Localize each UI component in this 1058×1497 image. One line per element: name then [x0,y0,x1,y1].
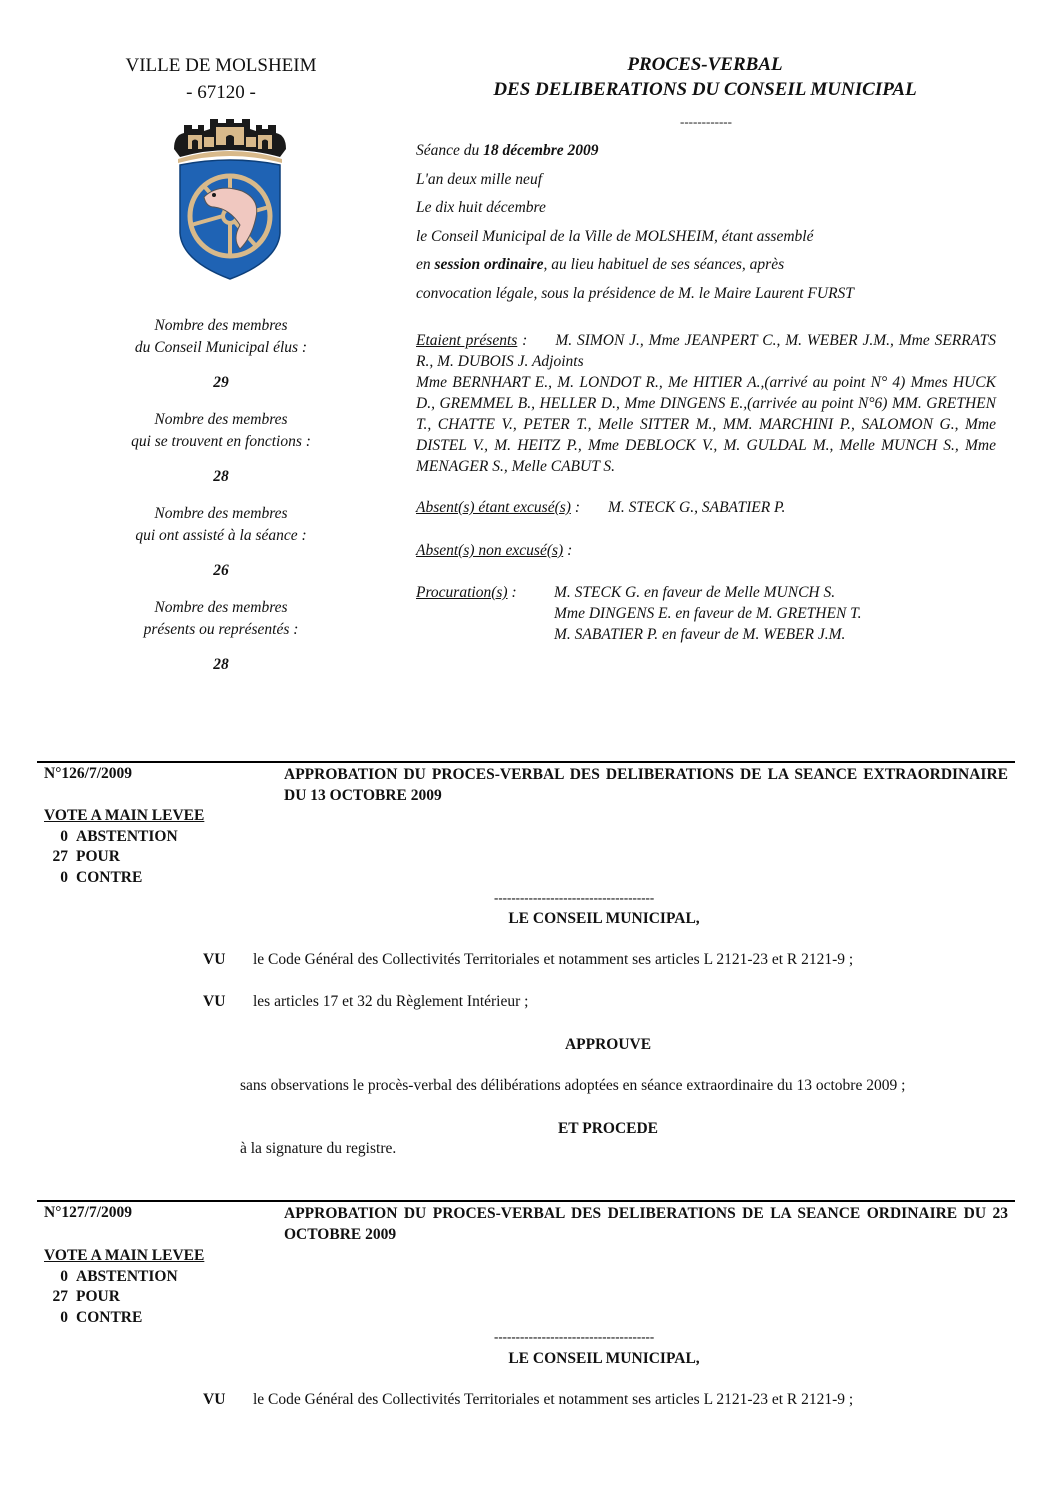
vote-abstention: 0ABSTENTION [44,827,204,848]
seance-session: en session ordinaire, au lieu habituel d… [416,254,1016,283]
stat-represented: Nombre des membres présents ou représent… [100,597,342,675]
presents-adjoints: Etaient présents :M. SIMON J., Mme JEANP… [416,330,996,372]
seance-date-prefix: Séance du [416,142,483,159]
stat-label: Nombre des membres [100,503,342,525]
procede-heading: ET PROCEDE [240,1120,976,1138]
decision-heading: APPROUVE [240,1036,976,1054]
seance-convocation: convocation légale, sous la présidence d… [416,283,1016,312]
vote-count: 27 [44,1287,68,1308]
vu-clause: VUle Code Général des Collectivités Terr… [203,1391,853,1409]
postal-code: - 67120 - [100,79,342,106]
stat-value: 28 [100,466,342,487]
deliberation-title: APPROBATION DU PROCES-VERBAL DES DELIBER… [284,765,1008,806]
title-line-2: DES DELIBERATIONS DU CONSEIL MUNICIPAL [400,77,1010,102]
absent-excused-colon: : [571,499,580,516]
stat-label: du Conseil Municipal élus : [100,337,342,359]
vu-keyword: VU [203,1391,253,1409]
vu-keyword: VU [203,951,253,969]
seance-day: Le dix huit décembre [416,197,1016,226]
stat-value: 26 [100,560,342,581]
vote-label: ABSTENTION [76,828,178,845]
seance-year: L'an deux mille neuf [416,169,1016,198]
document-title: PROCES-VERBAL DES DELIBERATIONS DU CONSE… [400,52,1010,102]
stat-label: Nombre des membres [100,315,342,337]
members-present: Etaient présents :M. SIMON J., Mme JEANP… [416,330,996,477]
stat-elected: Nombre des membres du Conseil Municipal … [100,315,342,393]
decision-text: sans observations le procès-verbal des d… [240,1077,905,1095]
vote-label: CONTRE [76,1309,142,1326]
vu-clause: VUle Code Général des Collectivités Terr… [203,951,853,969]
vote-count: 0 [44,1308,68,1329]
vote-label: CONTRE [76,869,142,886]
seance-info: Séance du 18 décembre 2009 L'an deux mil… [416,140,1016,311]
stat-attended: Nombre des membres qui ont assisté à la … [100,503,342,581]
absent-unexcused-label: Absent(s) non excusé(s) [416,542,563,559]
vote-count: 0 [44,827,68,848]
conseil-heading: LE CONSEIL MUNICIPAL, [494,910,714,928]
vote-abstention: 0ABSTENTION [44,1267,204,1288]
vote-label: POUR [76,848,120,865]
stat-value: 28 [100,654,342,675]
vote-header: VOTE A MAIN LEVEE [44,806,204,827]
vote-header: VOTE A MAIN LEVEE [44,1246,204,1267]
stat-label: qui se trouvent en fonctions : [100,431,342,453]
session-suffix: , au lieu habituel de ses séances, après [543,256,784,273]
title-line-1: PROCES-VERBAL [400,52,1010,77]
section-divider [37,1200,1015,1202]
city-name: VILLE DE MOLSHEIM [100,52,342,79]
vote-summary: VOTE A MAIN LEVEE 0ABSTENTION 27POUR 0CO… [44,1246,204,1329]
presents-colon: : [517,332,527,349]
stat-in-office: Nombre des membres qui se trouvent en fo… [100,409,342,487]
stat-label: qui ont assisté à la séance : [100,525,342,547]
conseil-heading: LE CONSEIL MUNICIPAL, [494,1350,714,1368]
dash-separator: ------------------------------------- [494,1329,714,1345]
section-divider [37,761,1015,763]
stat-label: présents ou représentés : [100,619,342,641]
vu-keyword: VU [203,993,253,1011]
deliberation-number: N°127/7/2009 [44,1204,132,1222]
procurations-list: M. STECK G. en faveur de Melle MUNCH S. … [554,582,862,645]
vote-summary: VOTE A MAIN LEVEE 0ABSTENTION 27POUR 0CO… [44,806,204,889]
seance-assembly: le Conseil Municipal de la Ville de MOLS… [416,226,1016,255]
procurations-colon: : [508,584,517,601]
vote-count: 27 [44,847,68,868]
vote-contre: 0CONTRE [44,868,204,889]
procurations-label: Procuration(s) [416,584,508,601]
absent-excused: Absent(s) étant excusé(s) :M. STECK G., … [416,497,1016,518]
session-type: session ordinaire [435,256,544,273]
vu-text: les articles 17 et 32 du Règlement Intér… [253,993,528,1010]
presents-list-conseillers: Mme BERNHART E., M. LONDOT R., Me HITIER… [416,372,996,477]
procede-text: à la signature du registre. [240,1140,396,1158]
coat-of-arms-icon [170,113,290,281]
absent-excused-label: Absent(s) étant excusé(s) [416,499,571,516]
absent-unexcused: Absent(s) non excusé(s) : [416,540,1016,561]
seance-date: Séance du 18 décembre 2009 [416,140,1016,169]
vu-text: le Code Général des Collectivités Territ… [253,951,853,968]
dash-separator: ------------------------------------- [494,890,714,906]
vu-text: le Code Général des Collectivités Territ… [253,1391,853,1408]
vu-clause: VUles articles 17 et 32 du Règlement Int… [203,993,528,1011]
session-prefix: en [416,256,435,273]
seance-date-value: 18 décembre 2009 [483,142,598,159]
member-stats: Nombre des membres du Conseil Municipal … [100,315,342,691]
stat-value: 29 [100,372,342,393]
presents-label: Etaient présents [416,332,517,349]
vote-contre: 0CONTRE [44,1308,204,1329]
vote-count: 0 [44,1267,68,1288]
vote-label: POUR [76,1288,120,1305]
absent-excused-list: M. STECK G., SABATIER P. [608,499,785,516]
procuration-item: Mme DINGENS E. en faveur de M. GRETHEN T… [554,603,862,624]
city-header: VILLE DE MOLSHEIM - 67120 - [100,52,342,106]
title-separator: ------------ [670,114,742,130]
stat-label: Nombre des membres [100,597,342,619]
vote-count: 0 [44,868,68,889]
deliberation-number: N°126/7/2009 [44,765,132,783]
vote-label: ABSTENTION [76,1268,178,1285]
absent-unexcused-colon: : [563,542,572,559]
procurations: Procuration(s) : M. STECK G. en faveur d… [416,582,1016,645]
procurations-label-wrap: Procuration(s) : [416,582,554,603]
procuration-item: M. STECK G. en faveur de Melle MUNCH S. [554,582,862,603]
vote-pour: 27POUR [44,1287,204,1308]
stat-label: Nombre des membres [100,409,342,431]
vote-pour: 27POUR [44,847,204,868]
deliberation-title: APPROBATION DU PROCES-VERBAL DES DELIBER… [284,1204,1008,1245]
procuration-item: M. SABATIER P. en faveur de M. WEBER J.M… [554,624,862,645]
